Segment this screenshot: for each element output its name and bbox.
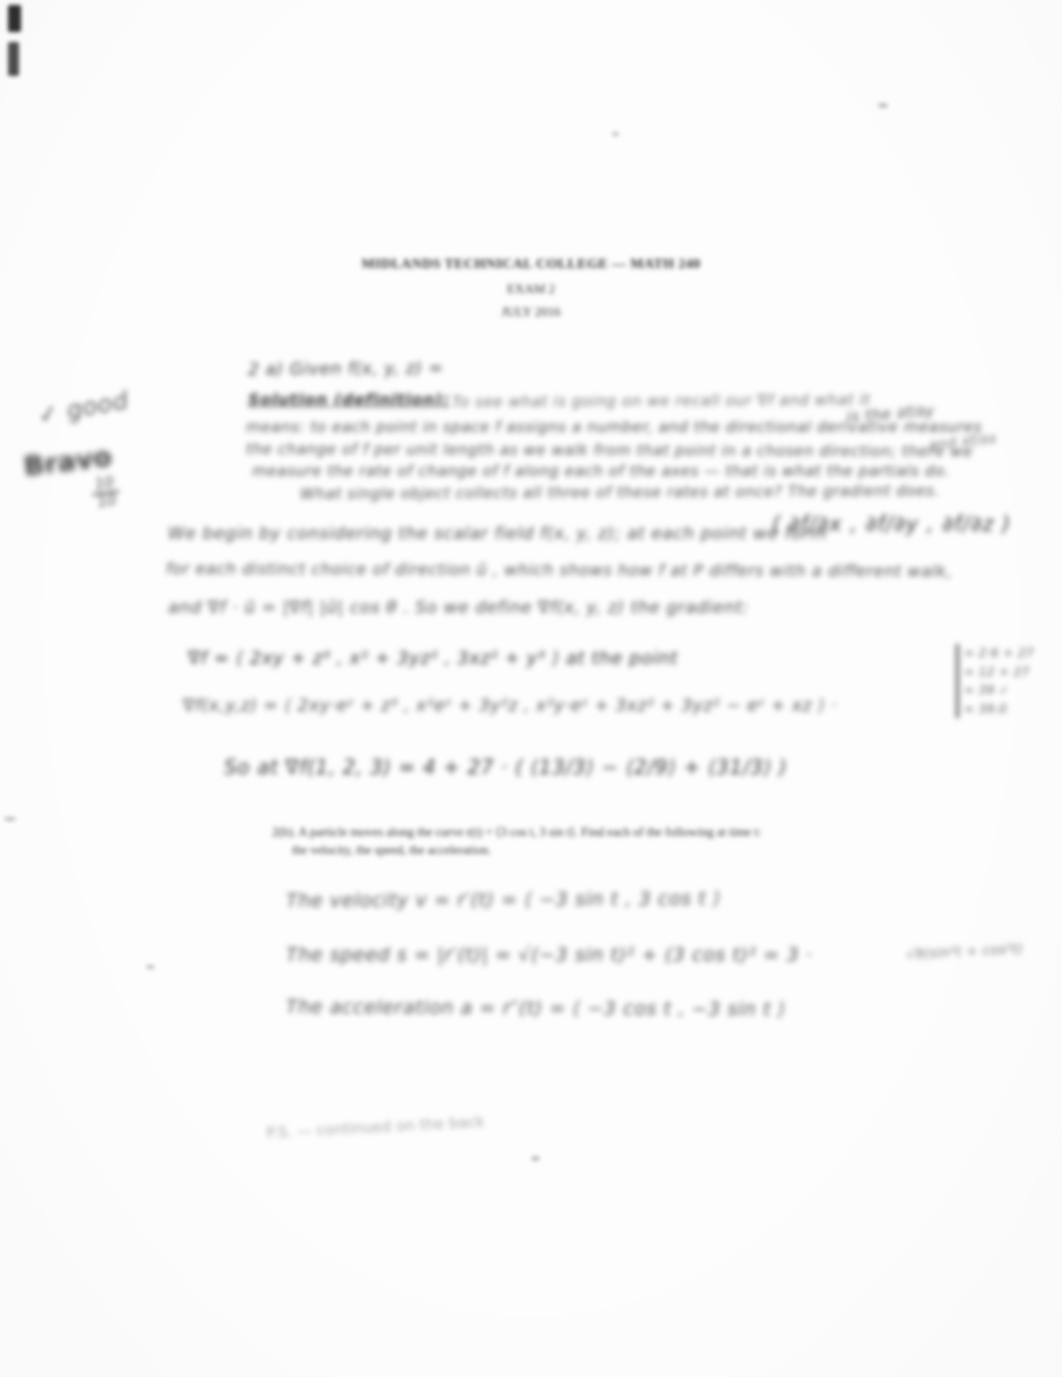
side-work-line: ≈ 39.0	[964, 700, 1056, 719]
velocity-answer: The velocity v = r′(t) = ⟨ −3 sin t , 3 …	[286, 888, 721, 912]
problem-label-line: 2 a) Given f(x, y, z) =	[248, 359, 443, 380]
side-work-line: = 12 + 27	[964, 663, 1056, 682]
gradient-equation-2: ∇f(x,y,z) = ⟨ 2xy·eᶻ + z³ , x²eᶻ + 3y²z …	[183, 696, 837, 716]
scan-edge-mark	[8, 5, 21, 32]
scanned-exam-page: MIDLANDS TECHNICAL COLLEGE — MATH 240 EX…	[0, 0, 1062, 1377]
speed-answer-tail: √9(sin²t + cos²t)	[906, 942, 1024, 963]
ink-speck	[146, 965, 155, 969]
gradient-evaluated-equation: So at ∇f(1, 2, 3) = 4 + 27 · ( ⟨13/3⟩ − …	[224, 755, 787, 779]
handwritten-line: measure the rate of change of f along ea…	[252, 462, 950, 480]
side-work-line: = 2·6 + 27	[964, 644, 1056, 663]
handwritten-line: To see what is going on we recall our ∇f…	[452, 391, 871, 411]
side-work-scribble: = 2·6 + 27 = 12 + 27 = 39 ✓ ≈ 39.0	[956, 644, 1056, 718]
handwritten-line: What single object collects all three of…	[300, 482, 940, 503]
solution-label: Solution (definition):	[248, 390, 450, 409]
gradient-definition-vector: ( ∂f/∂x , ∂f/∂y , ∂f/∂z )	[772, 512, 1011, 536]
handwritten-line: We begin by considering the scalar field…	[168, 524, 827, 544]
printed-problem-line-1: 2(b). A particle moves along the curve r…	[272, 824, 761, 840]
scan-edge-mark	[8, 42, 19, 76]
header-line-3: JULY 2016	[0, 304, 1062, 320]
speed-answer: The speed s = |r′(t)| = √(−3 sin t)² + (…	[286, 944, 812, 966]
header-line-1: MIDLANDS TECHNICAL COLLEGE — MATH 240	[0, 257, 1062, 273]
side-work-line: = 39 ✓	[964, 681, 1056, 700]
grade-fraction: 10 10	[90, 474, 122, 511]
ink-speck	[4, 817, 16, 821]
ink-speck	[531, 1156, 540, 1161]
header-line-2: EXAM 2	[0, 281, 1062, 297]
ink-speck	[612, 132, 619, 136]
footnote: P.S. — continued on the back	[266, 1113, 485, 1142]
handwritten-line: the change of f per unit length as we wa…	[246, 440, 973, 461]
gradient-equation-1: ∇f = ⟨ 2xy + z³ , x² + 3yz² , 3xz² + y³ …	[188, 648, 678, 669]
grade-denominator: 10	[92, 492, 121, 511]
acceleration-answer: The acceleration a = r″(t) = ⟨ −3 cos t …	[286, 996, 786, 1021]
handwritten-line: and ∇f · û = |∇f| |û| cos θ . So we defi…	[168, 598, 749, 618]
handwritten-line: for each distinct choice of direction û …	[166, 559, 952, 581]
printed-problem-line-2: the velocity, the speed, the acceleratio…	[292, 843, 491, 858]
grader-check-note: ✓ good	[36, 386, 131, 429]
ink-speck	[878, 103, 888, 108]
